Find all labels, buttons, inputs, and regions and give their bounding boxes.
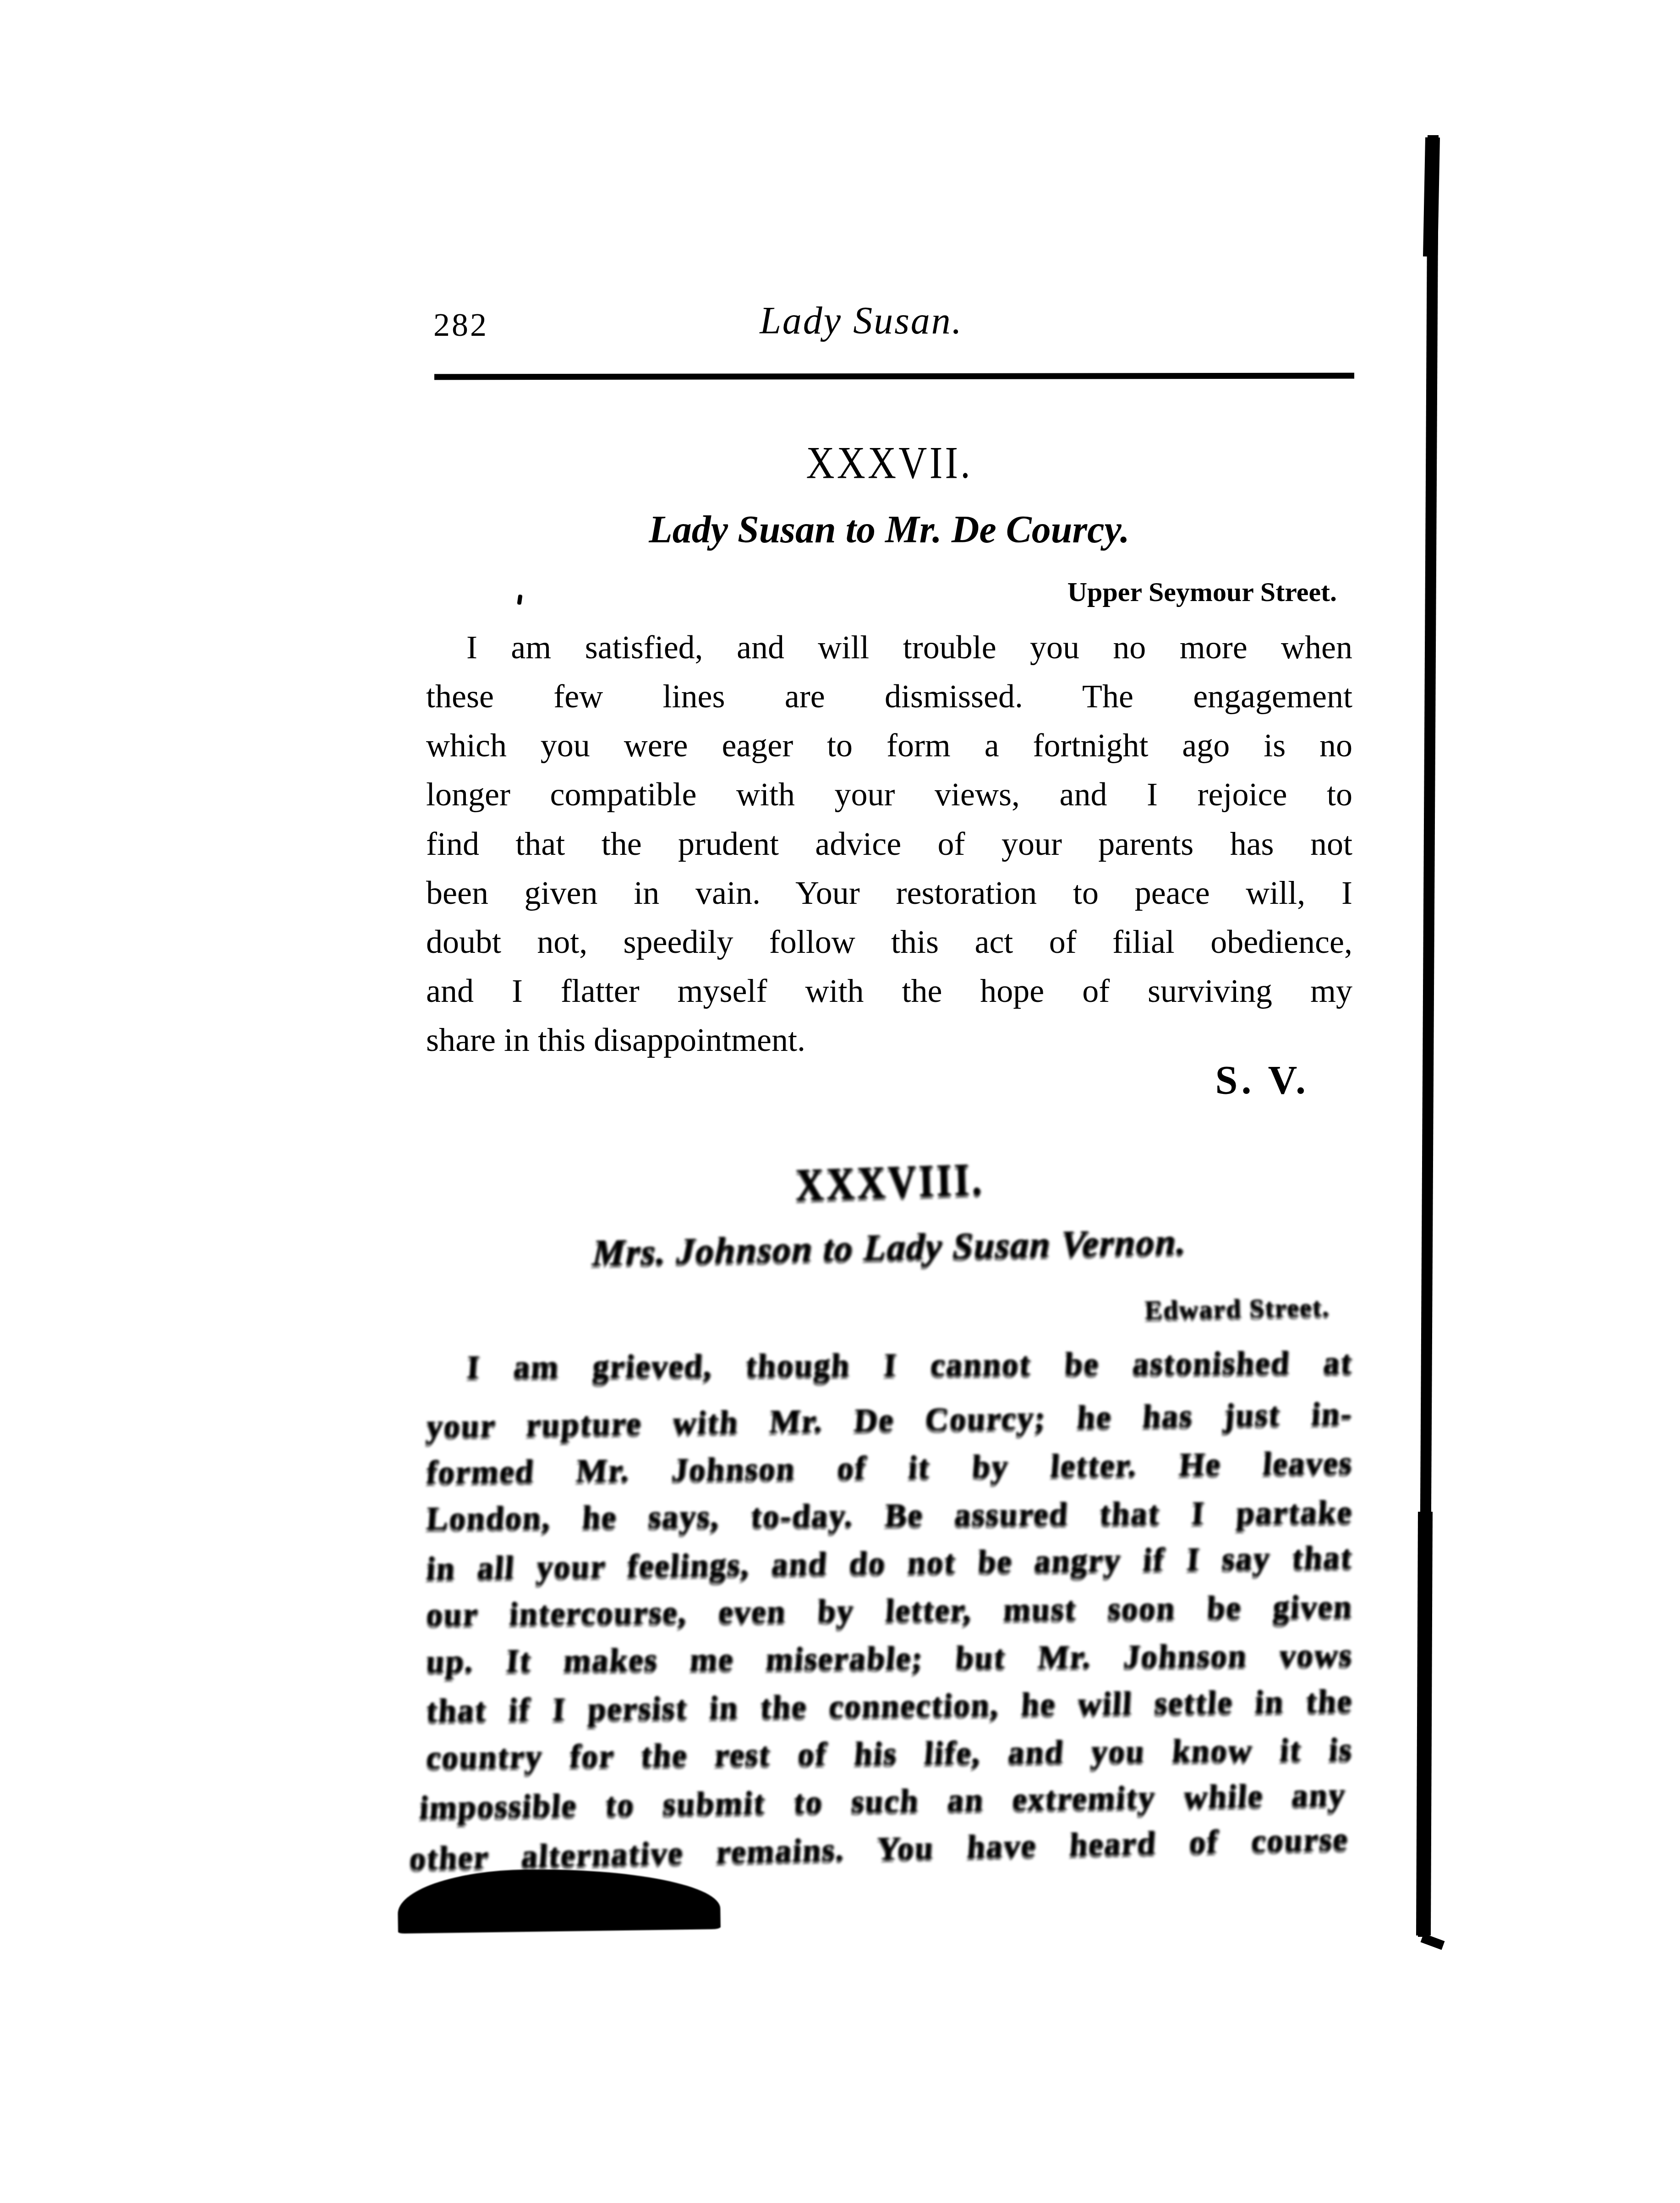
letter-2-line: up. It makes me miserable; but Mr. Johns… <box>425 1638 1354 1679</box>
letter-2-number: XXXVIII. <box>426 1155 1352 1208</box>
letter-2-line: in all your feelings, and do not be angr… <box>425 1540 1354 1586</box>
letter-1-number-text: XXXVII. <box>806 436 972 489</box>
letter-2-line: impossible to submit to such an extremit… <box>418 1777 1346 1825</box>
letter-1-number: XXXVII. <box>426 436 1352 489</box>
letter-1-line: share in this disappointment. <box>426 1023 1352 1058</box>
letter-1-line: find that the prudent advice of your par… <box>426 827 1352 862</box>
letter-1-line: which you were eager to form a fortnight… <box>426 728 1352 763</box>
ink-blot <box>397 1867 721 1934</box>
letter-2-line: formed Mr. Johnson of it by letter. He l… <box>425 1445 1354 1490</box>
letter-1-line: and I flatter myself with the hope of su… <box>426 974 1352 1009</box>
letter-1-line: been given in vain. Your restoration to … <box>426 876 1352 911</box>
letter-2-line: I am grieved, though I cannot be astonis… <box>425 1345 1354 1385</box>
running-title: Lady Susan. <box>399 299 1324 343</box>
letter-2-line: your rupture with Mr. De Courcy; he has … <box>425 1396 1353 1444</box>
header-rule <box>434 373 1354 380</box>
letter-1-line: these few lines are dismissed. The engag… <box>426 679 1352 714</box>
letter-2-dateline: Edward Street. <box>426 1291 1330 1338</box>
letter-2-line: London, he says, to-day. Be assured that… <box>425 1495 1354 1536</box>
letter-2-number-text: XXXVIII. <box>794 1152 984 1211</box>
letter-2-line: our intercourse, even by letter, must so… <box>425 1589 1354 1632</box>
letter-1-title: Lady Susan to Mr. De Courcy. <box>426 508 1352 552</box>
letter-1-line: I am satisfied, and will trouble you no … <box>426 630 1352 665</box>
letter-2-line: country for the rest of his life, and yo… <box>425 1732 1354 1775</box>
letter-2-line: other alternative remains. You have hear… <box>408 1821 1350 1876</box>
letter-1-line: longer compatible with your views, and I… <box>426 777 1352 812</box>
letter-1-signature: S. V. <box>426 1057 1309 1104</box>
letter-1-dateline: Upper Seymour Street. <box>426 576 1337 608</box>
letter-2-line: that if I persist in the connection, he … <box>425 1684 1353 1728</box>
letter-1-line: doubt not, speedily follow this act of f… <box>426 925 1352 960</box>
letter-2-title: Mrs. Johnson to Lady Susan Vernon. <box>426 1218 1353 1278</box>
